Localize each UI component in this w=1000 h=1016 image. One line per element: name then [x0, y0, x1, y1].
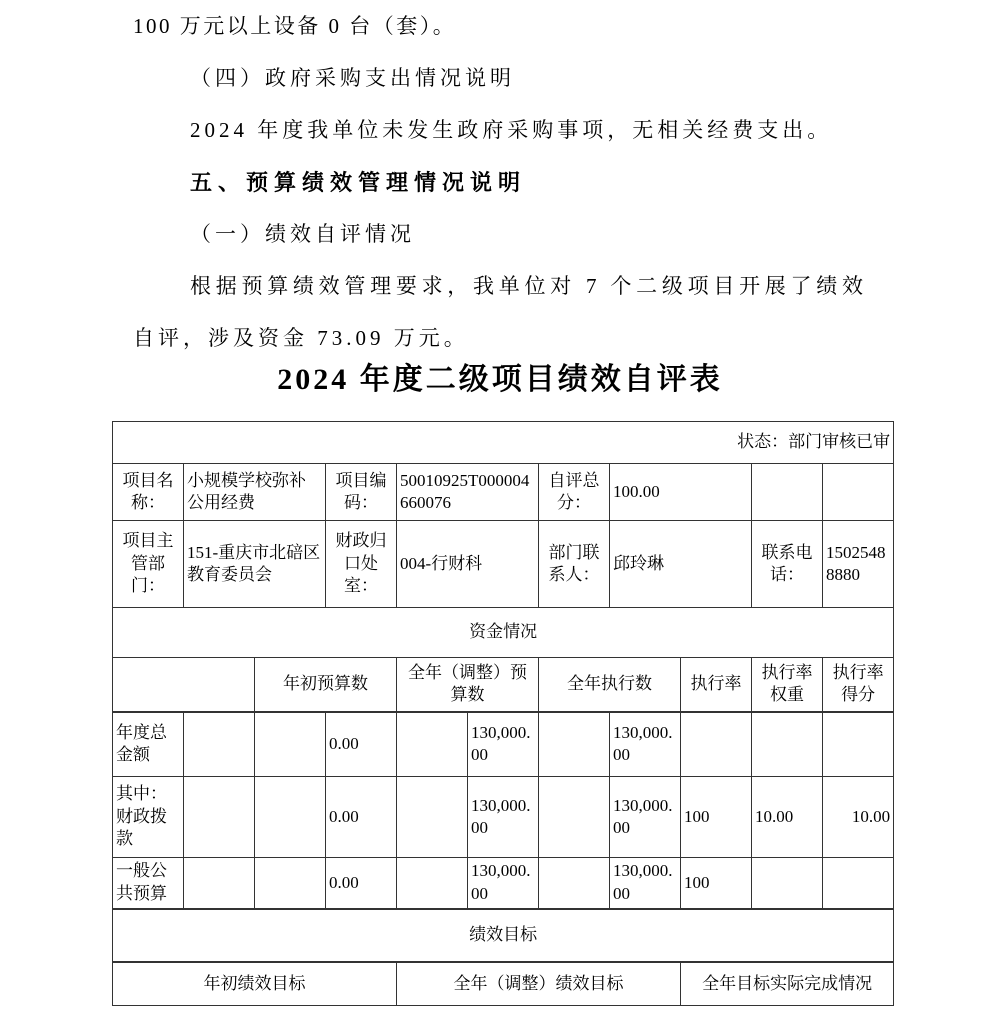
rate-score-value — [823, 712, 894, 777]
status-row: 状态：部门审核已审 — [113, 422, 894, 464]
page-title: 2024 年度二级项目绩效自评表 — [0, 360, 1000, 400]
para-heading-4: （四）政府采购支出情况说明 — [190, 62, 515, 95]
cell-empty — [823, 464, 894, 521]
rate-weight-value — [752, 858, 823, 909]
header-adjusted-budget: 全年（调整）预算数 — [397, 658, 539, 712]
office-label: 财政归口处室： — [326, 521, 397, 608]
fund-section-row: 资金情况 — [113, 608, 894, 658]
cell-empty — [752, 464, 823, 521]
department-row: 项目主管部门： 151-重庆市北碚区教育委员会 财政归口处室： 004-行财科 … — [113, 521, 894, 608]
exec-rate-value: 100 — [681, 777, 752, 858]
header-rate-score: 执行率得分 — [823, 658, 894, 712]
para-procurement: 2024 年度我单位未发生政府采购事项，无相关经费支出。 — [190, 114, 832, 147]
executed-value: 130,000.00 — [610, 712, 681, 777]
header-initial-budget: 年初预算数 — [255, 658, 397, 712]
fund-section-title: 资金情况 — [113, 608, 894, 658]
cell-empty — [255, 712, 326, 777]
self-evaluation-table: 状态：部门审核已审 项目名称： 小规模学校弥补公用经费 项目编码： 500109… — [112, 421, 894, 1006]
project-name-label: 项目名称： — [113, 464, 184, 521]
goal-section-title: 绩效目标 — [113, 909, 894, 962]
cell-empty — [184, 712, 255, 777]
dept-label: 项目主管部门： — [113, 521, 184, 608]
goal-adjusted-header: 全年（调整）绩效目标 — [397, 962, 681, 1006]
fund-header-row: 年初预算数 全年（调整）预算数 全年执行数 执行率 执行率权重 执行率得分 — [113, 658, 894, 712]
initial-budget-value: 0.00 — [326, 777, 397, 858]
cell-empty — [255, 777, 326, 858]
project-code-value: 50010925T000004660076 — [397, 464, 539, 521]
header-exec-rate: 执行率 — [681, 658, 752, 712]
cell-empty — [539, 712, 610, 777]
para-equipment: 100 万元以上设备 0 台（套）。 — [133, 10, 456, 43]
cell-empty — [539, 858, 610, 909]
dept-value: 151-重庆市北碚区教育委员会 — [184, 521, 326, 608]
cell-empty — [397, 712, 468, 777]
cell-empty — [255, 858, 326, 909]
fund-row-public: 一般公共预算 0.00 130,000.00 130,000.00 100 — [113, 858, 894, 909]
cell-empty — [184, 858, 255, 909]
cell-empty — [184, 777, 255, 858]
adjusted-budget-value: 130,000.00 — [468, 712, 539, 777]
contact-value: 邱玲琳 — [610, 521, 752, 608]
initial-budget-value: 0.00 — [326, 858, 397, 909]
self-score-label: 自评总分： — [539, 464, 610, 521]
goal-header-row: 年初绩效目标 全年（调整）绩效目标 全年目标实际完成情况 — [113, 962, 894, 1006]
rate-weight-value: 10.00 — [752, 777, 823, 858]
phone-label: 联系电话： — [752, 521, 823, 608]
project-row: 项目名称： 小规模学校弥补公用经费 项目编码： 50010925T0000046… — [113, 464, 894, 521]
exec-rate-value — [681, 712, 752, 777]
initial-budget-value: 0.00 — [326, 712, 397, 777]
cell-empty — [397, 777, 468, 858]
adjusted-budget-value: 130,000.00 — [468, 777, 539, 858]
goal-initial-header: 年初绩效目标 — [113, 962, 397, 1006]
project-code-label: 项目编码： — [326, 464, 397, 521]
rate-score-value — [823, 858, 894, 909]
fund-row-label: 年度总金额 — [113, 712, 184, 777]
rate-weight-value — [752, 712, 823, 777]
fund-row-label: 一般公共预算 — [113, 858, 184, 909]
goal-section-row: 绩效目标 — [113, 909, 894, 962]
para-heading-5-1: （一）绩效自评情况 — [190, 218, 415, 251]
status-text: 状态：部门审核已审 — [113, 422, 894, 464]
exec-rate-value: 100 — [681, 858, 752, 909]
office-value: 004-行财科 — [397, 521, 539, 608]
cell-empty — [539, 777, 610, 858]
cell-empty — [397, 858, 468, 909]
para-selfeval-line2: 自评，涉及资金 73.09 万元。 — [133, 322, 469, 355]
goal-actual-header: 全年目标实际完成情况 — [681, 962, 894, 1006]
document-page: { "page": { "p1": "100 万元以上设备 0 台（套）。", … — [0, 0, 1000, 1016]
phone-value: 15025488880 — [823, 521, 894, 608]
executed-value: 130,000.00 — [610, 858, 681, 909]
self-score-value: 100.00 — [610, 464, 752, 521]
fund-row-label: 其中：财政拨款 — [113, 777, 184, 858]
fund-row-total: 年度总金额 0.00 130,000.00 130,000.00 — [113, 712, 894, 777]
cell-empty — [113, 658, 255, 712]
project-name-value: 小规模学校弥补公用经费 — [184, 464, 326, 521]
para-heading-5: 五、预算绩效管理情况说明 — [190, 166, 526, 199]
contact-label: 部门联系人： — [539, 521, 610, 608]
executed-value: 130,000.00 — [610, 777, 681, 858]
adjusted-budget-value: 130,000.00 — [468, 858, 539, 909]
header-executed: 全年执行数 — [539, 658, 681, 712]
para-selfeval-line1: 根据预算绩效管理要求，我单位对 7 个二级项目开展了绩效 — [190, 270, 867, 303]
fund-row-fiscal: 其中：财政拨款 0.00 130,000.00 130,000.00 100 1… — [113, 777, 894, 858]
header-rate-weight: 执行率权重 — [752, 658, 823, 712]
rate-score-value: 10.00 — [823, 777, 894, 858]
